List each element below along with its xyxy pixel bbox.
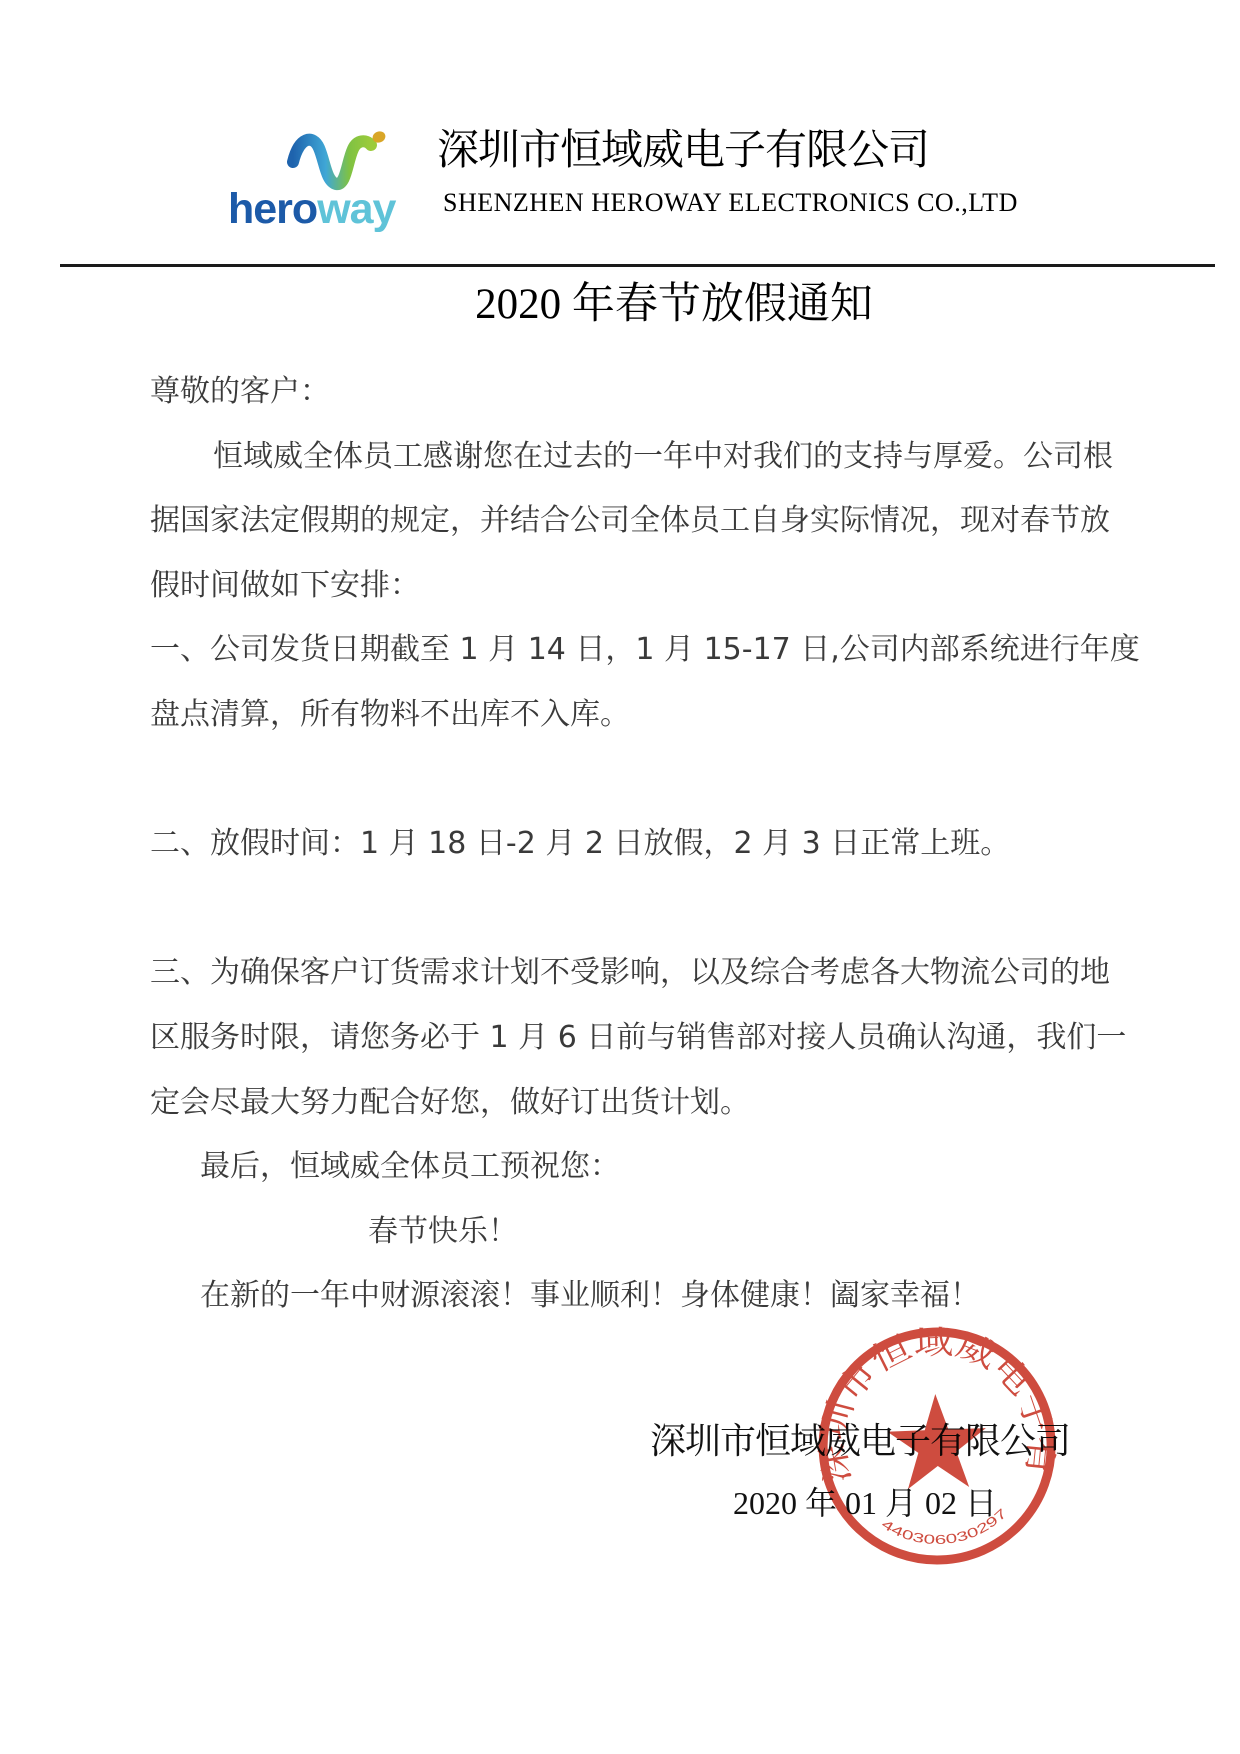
body-line: 假时间做如下安排：	[150, 554, 1100, 619]
company-seal-stamp: 深圳市恒域威电子有限公司 4403060302976	[808, 1314, 1067, 1573]
body-line: 盘点清算，所有物料不出库不入库。	[150, 683, 1100, 748]
notice-document-page: heroway 深圳市恒域威电子有限公司 SHENZHEN HEROWAY EL…	[0, 0, 1240, 1754]
header-divider	[60, 264, 1215, 267]
heroway-logo-wordmark: heroway	[228, 188, 395, 231]
company-name-chinese: 深圳市恒域威电子有限公司	[437, 126, 929, 176]
company-name-english: SHENZHEN HEROWAY ELECTRONICS CO.,LTD	[443, 188, 1018, 218]
body-line: 据国家法定假期的规定，并结合公司全体员工自身实际情况，现对春节放	[150, 489, 1100, 554]
page-title: 2020 年春节放假通知	[475, 270, 873, 331]
seal-star-icon	[886, 1392, 988, 1489]
blank-line	[150, 748, 1100, 813]
body-line: 区服务时限，请您务必于 1 月 6 日前与销售部对接人员确认沟通，我们一	[150, 1006, 1100, 1071]
body-line-item-3: 三、为确保客户订货需求计划不受影响，以及综合考虑各大物流公司的地	[150, 941, 1100, 1006]
notice-body: 尊敬的客户： 恒域威全体员工感谢您在过去的一年中对我们的支持与厚爱。公司根 据国…	[150, 360, 1100, 1329]
wave-stroke	[293, 140, 371, 184]
greeting-line: 春节快乐！	[368, 1200, 1100, 1265]
brand-way-text: way	[317, 185, 395, 233]
closing-line: 最后，恒域威全体员工预祝您：	[200, 1135, 1100, 1200]
body-line: 恒域威全体员工感谢您在过去的一年中对我们的支持与厚爱。公司根	[213, 425, 1100, 490]
body-line: 定会尽最大努力配合好您，做好订出货计划。	[150, 1071, 1100, 1136]
blank-line	[150, 877, 1100, 942]
brand-hero-text: hero	[228, 185, 317, 233]
body-line-item-2: 二、放假时间：1 月 18 日-2 月 2 日放假，2 月 3 日正常上班。	[150, 812, 1100, 877]
body-line-item-1: 一、公司发货日期截至 1 月 14 日，1 月 15-17 日,公司内部系统进行…	[150, 618, 1100, 683]
salutation-line: 尊敬的客户：	[150, 360, 1100, 425]
